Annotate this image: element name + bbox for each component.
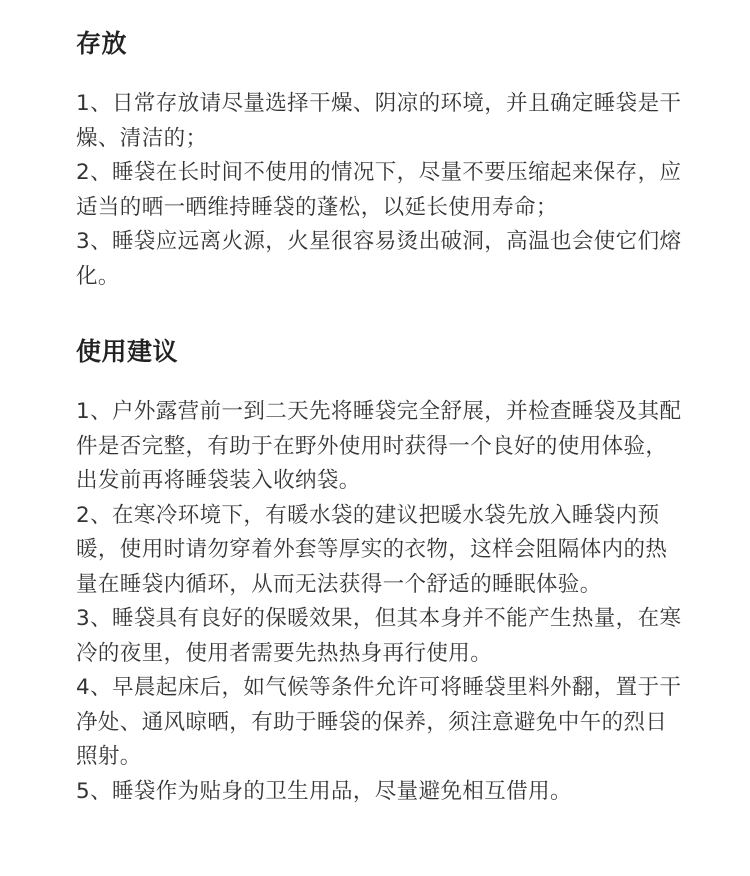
usage-tip-item-4: 4、早晨起床后，如气候等条件允许可将睡袋里料外翻，置于干净处、通风晾晒，有助于睡…	[76, 671, 682, 775]
storage-item-1: 1、日常存放请尽量选择干燥、阴凉的环境，并且确定睡袋是干燥、清洁的；	[76, 87, 682, 156]
storage-items-list: 1、日常存放请尽量选择干燥、阴凉的环境，并且确定睡袋是干燥、清洁的； 2、睡袋在…	[76, 87, 682, 294]
usage-tips-items-list: 1、户外露营前一到二天先将睡袋完全舒展，并检查睡袋及其配件是否完整，有助于在野外…	[76, 395, 682, 809]
storage-item-3: 3、睡袋应远离火源，火星很容易烫出破洞，高温也会使它们熔化。	[76, 225, 682, 294]
usage-tip-item-1: 1、户外露营前一到二天先将睡袋完全舒展，并检查睡袋及其配件是否完整，有助于在野外…	[76, 395, 682, 499]
section-storage: 存放 1、日常存放请尽量选择干燥、阴凉的环境，并且确定睡袋是干燥、清洁的； 2、…	[76, 26, 682, 294]
care-instructions-document: 存放 1、日常存放请尽量选择干燥、阴凉的环境，并且确定睡袋是干燥、清洁的； 2、…	[76, 26, 682, 809]
section-title-storage: 存放	[76, 26, 682, 62]
usage-tip-item-3: 3、睡袋具有良好的保暖效果，但其本身并不能产生热量，在寒冷的夜里，使用者需要先热…	[76, 602, 682, 671]
section-title-usage-tips: 使用建议	[76, 334, 682, 370]
section-usage-tips: 使用建议 1、户外露营前一到二天先将睡袋完全舒展，并检查睡袋及其配件是否完整，有…	[76, 334, 682, 809]
usage-tip-item-2: 2、在寒冷环境下，有暖水袋的建议把暖水袋先放入睡袋内预暖，使用时请勿穿着外套等厚…	[76, 499, 682, 603]
usage-tip-item-5: 5、睡袋作为贴身的卫生用品，尽量避免相互借用。	[76, 775, 682, 810]
storage-item-2: 2、睡袋在长时间不使用的情况下，尽量不要压缩起来保存，应适当的晒一晒维持睡袋的蓬…	[76, 156, 682, 225]
